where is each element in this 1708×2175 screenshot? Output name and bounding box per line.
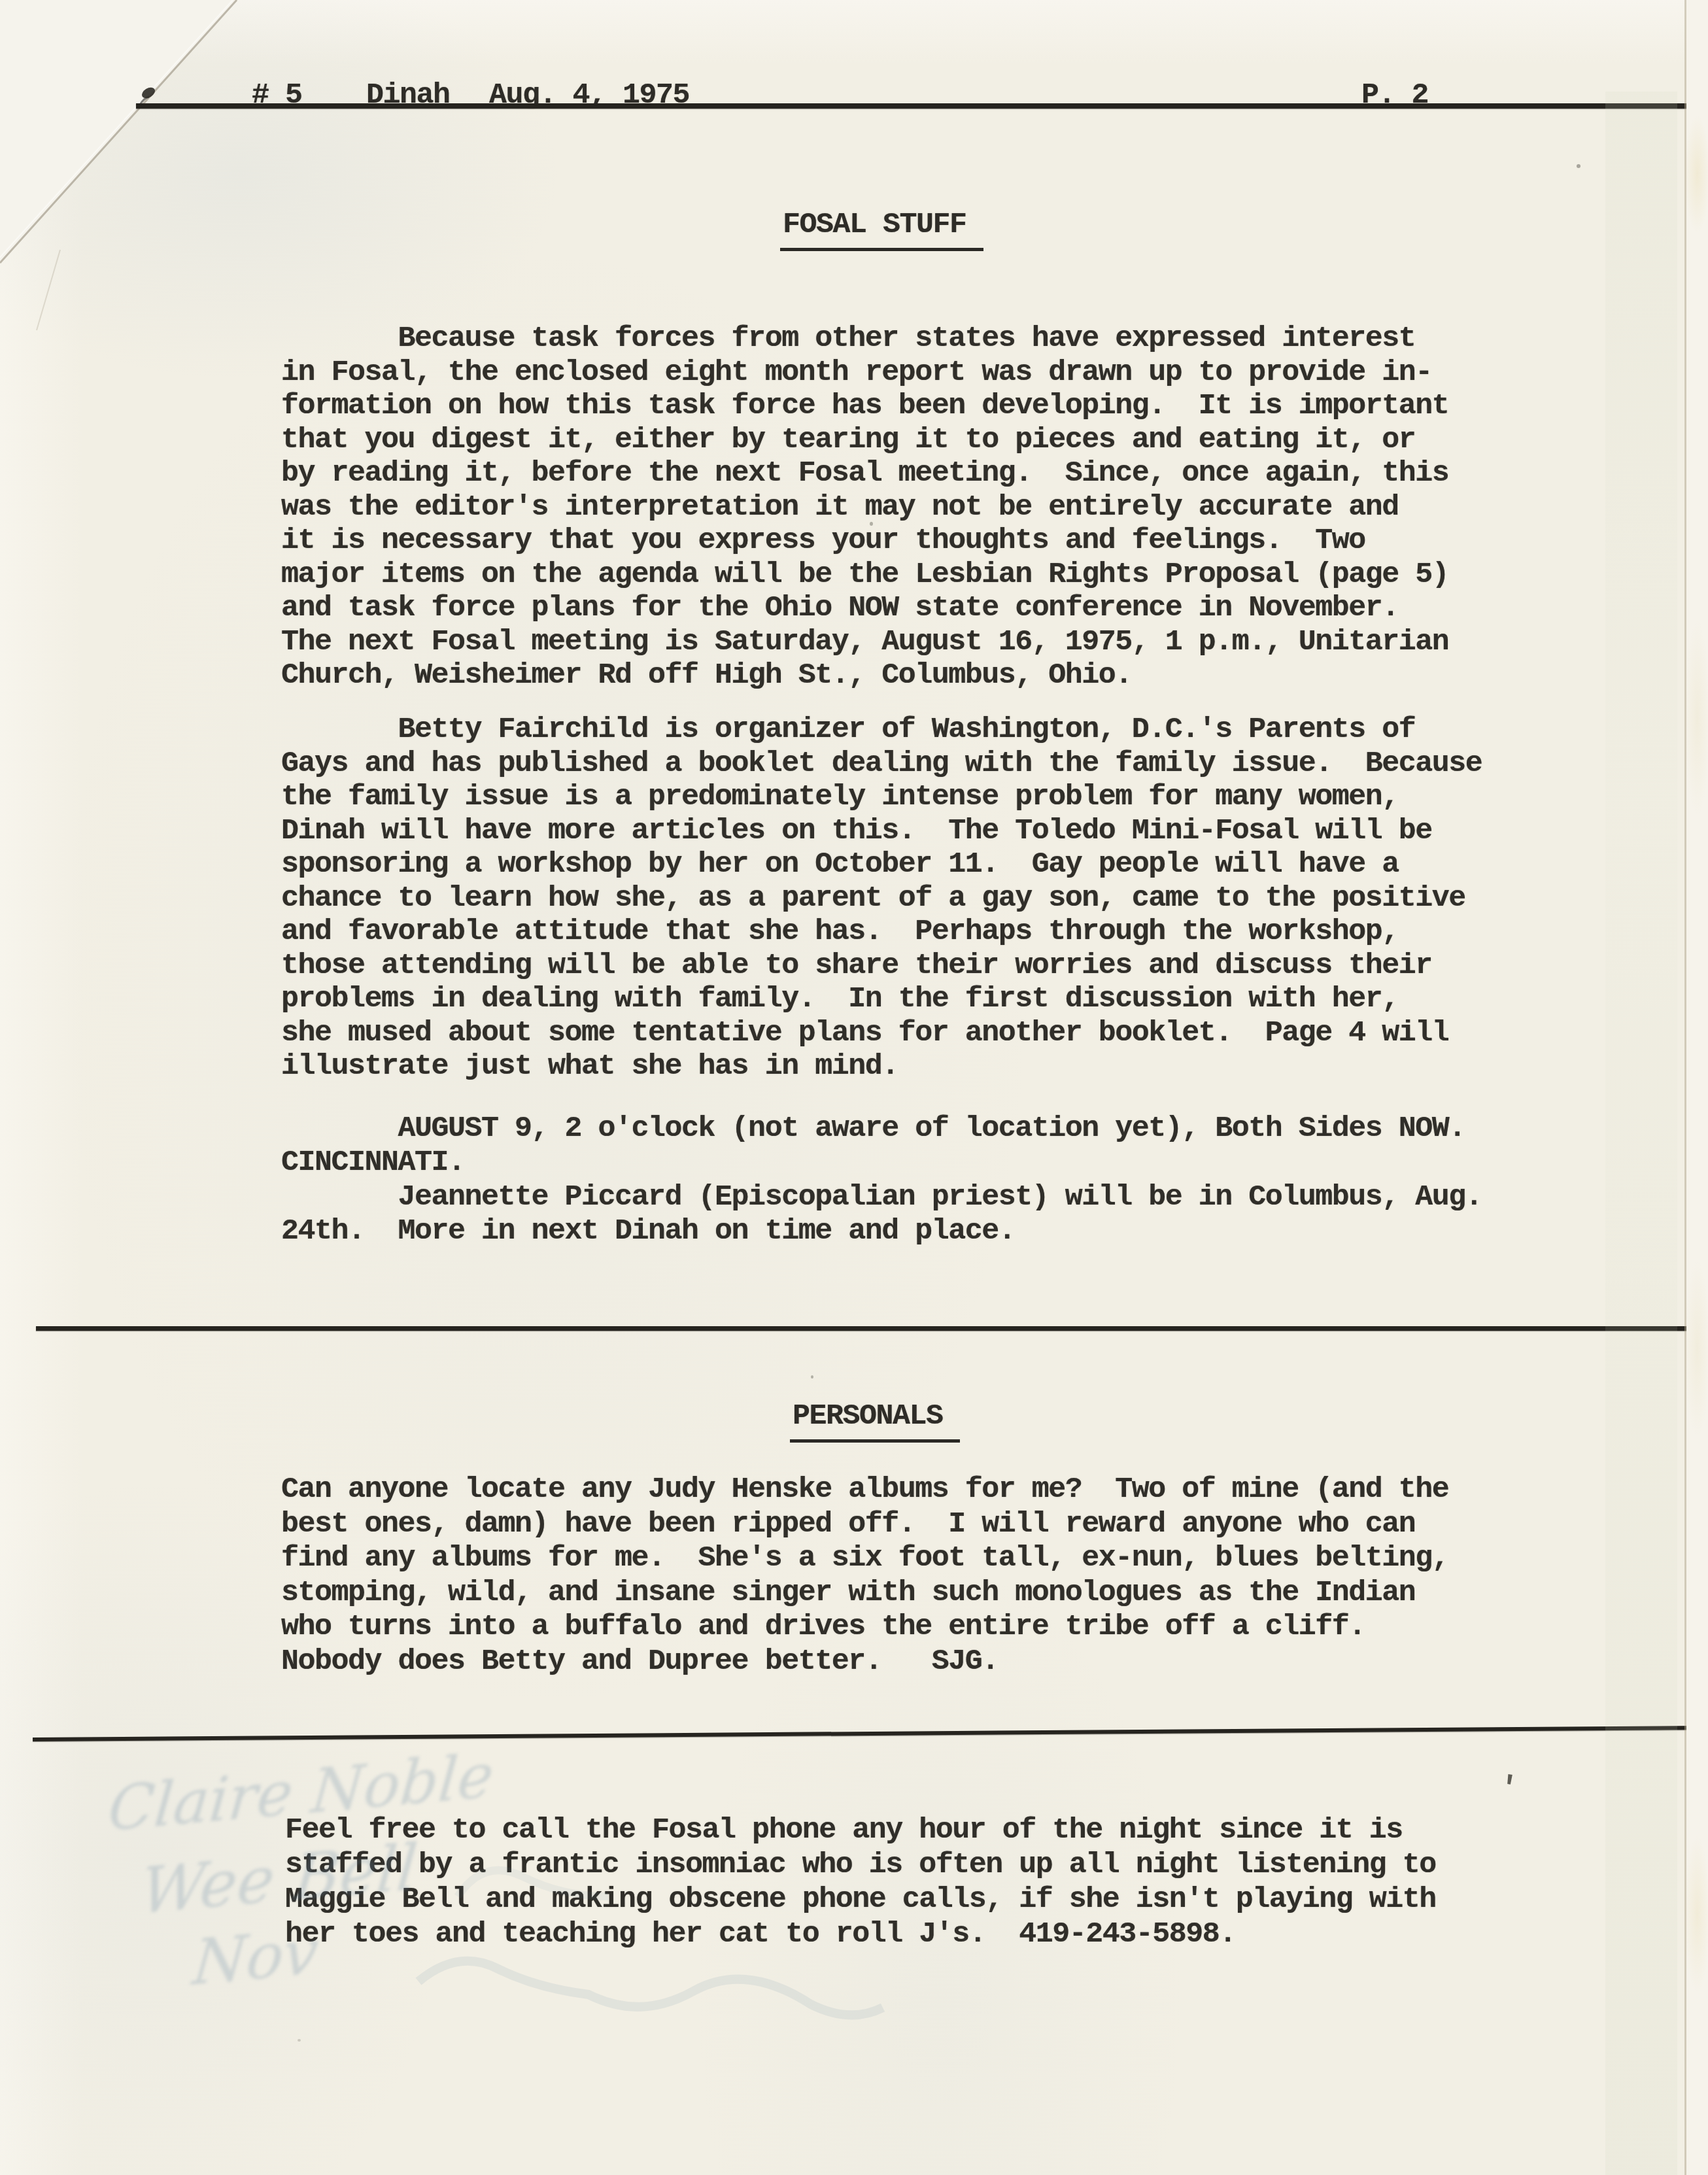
ink-speck	[870, 522, 873, 526]
ink-speck	[1577, 164, 1580, 168]
handwriting-scribble	[0, 0, 1708, 2175]
ink-speck	[298, 2039, 301, 2042]
scanned-page: # 5 Dinah Aug. 4, 1975 P. 2 FOSAL STUFF …	[0, 0, 1708, 2175]
paper-edge-sliver	[1686, 0, 1708, 2175]
bleedthrough-band	[1605, 92, 1677, 2175]
ink-speck	[811, 1375, 813, 1379]
